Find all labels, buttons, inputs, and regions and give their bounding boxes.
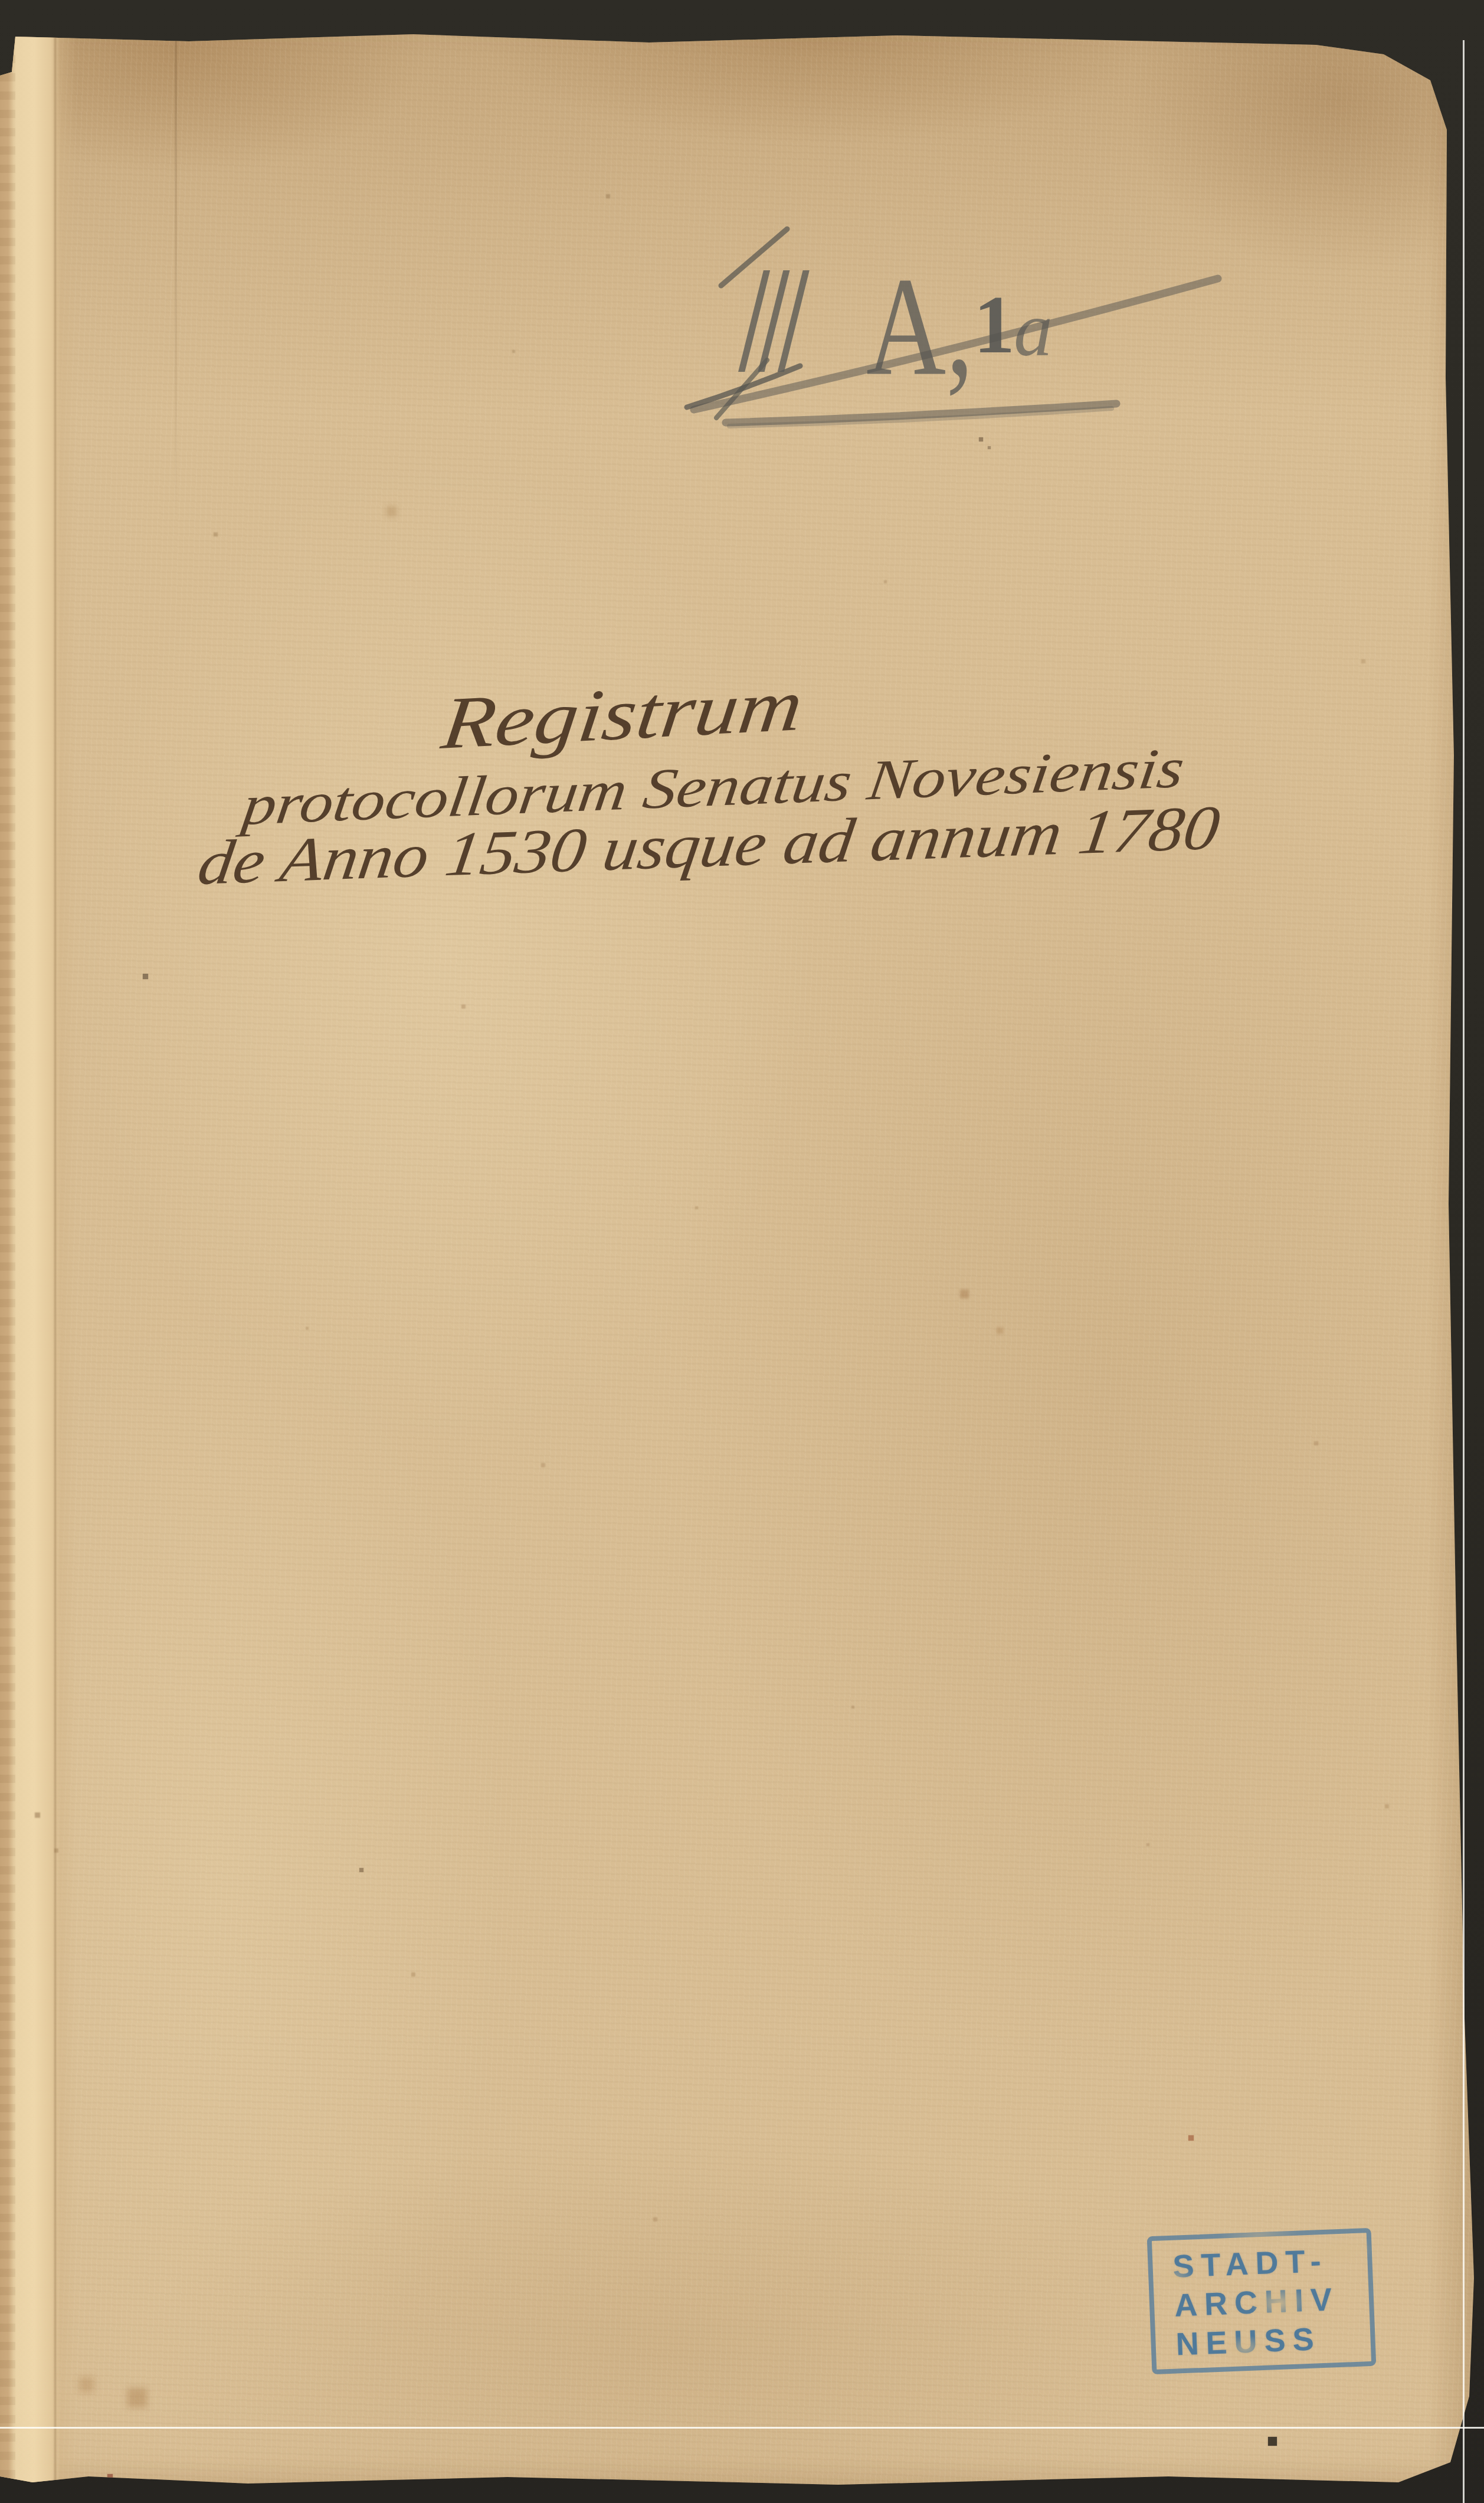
scan-artifact-vertical-line [1463, 40, 1465, 2503]
catalog-number-suffix: a [1014, 286, 1053, 372]
ink-title-inscription: Registrum protocollorum Senatus Novesien… [194, 664, 1224, 898]
catalog-letter: A, [866, 248, 974, 405]
stamp-line-2: ARCHIV [1174, 2279, 1370, 2325]
binding-edge [0, 0, 78, 2503]
catalog-roman-numeral: III [724, 238, 824, 404]
scan-background: III A, 1 a Registrum protocollorum Senat… [0, 0, 1484, 2503]
underline [726, 404, 1116, 423]
foxing-spots [0, 0, 1, 1]
paper-texture [0, 0, 1484, 2503]
archive-stamp: STADT- ARCHIV NEUSS [1147, 2228, 1377, 2374]
binding-crease [53, 0, 57, 2503]
stamp-line-3: NEUSS [1175, 2318, 1371, 2364]
title-line-1: Registrum [437, 664, 807, 765]
pencil-catalog-mark: III A, 1 a [687, 229, 1218, 426]
title-line-2: protocollorum Senatus Novesiensis [235, 736, 1188, 837]
scan-artifact-horizontal-line [0, 2427, 1484, 2429]
handwriting-layer: III A, 1 a Registrum protocollorum Senat… [0, 0, 1484, 2503]
strike-through-line [694, 279, 1218, 410]
title-line-3: de Anno 1530 usque ad annum 1780 [194, 793, 1224, 898]
stamp-line-1: STADT- [1172, 2240, 1368, 2286]
manuscript-cover-page: III A, 1 a Registrum protocollorum Senat… [0, 0, 1484, 2503]
catalog-number: 1 [974, 279, 1015, 371]
fold-crease [175, 34, 177, 524]
